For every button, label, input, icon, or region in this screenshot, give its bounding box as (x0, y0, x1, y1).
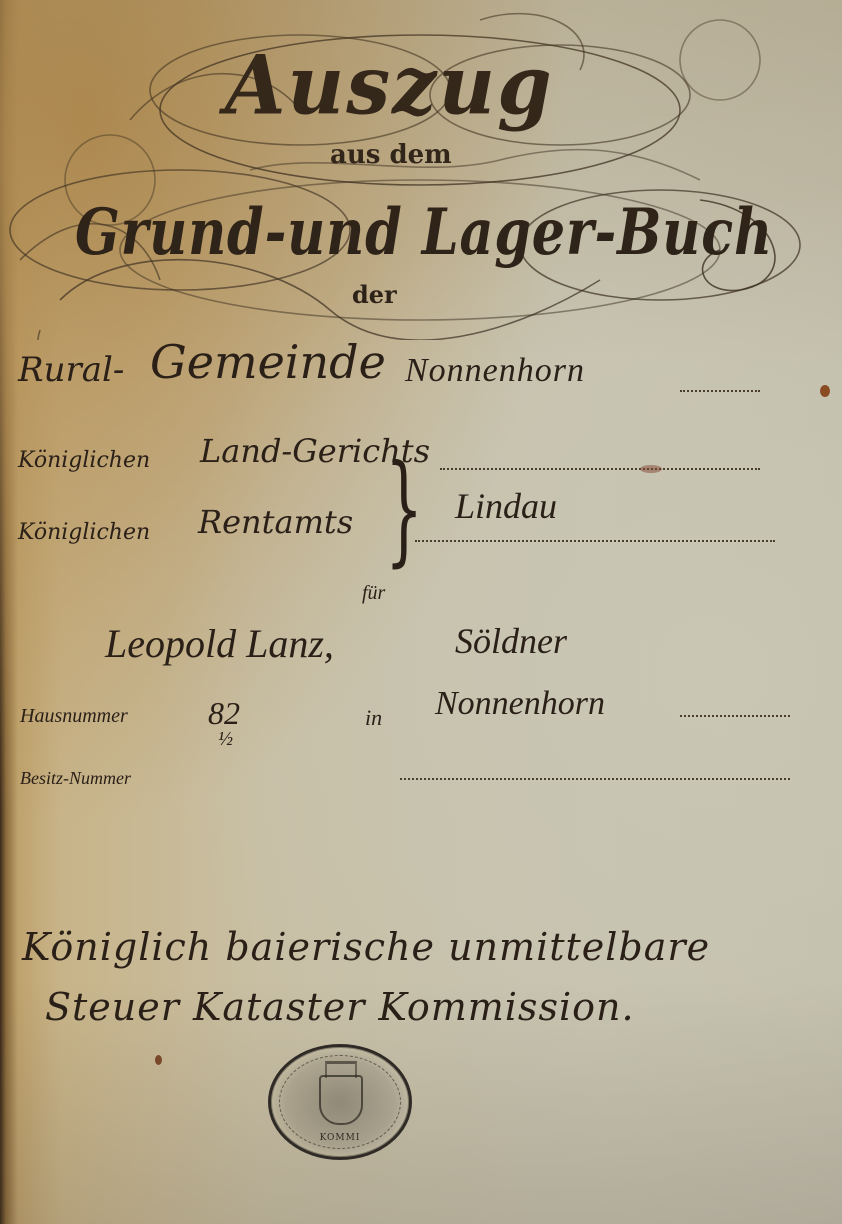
official-seal: KOMMI (268, 1044, 412, 1160)
house-number-label: Hausnummer (20, 705, 128, 728)
house-number-suffix: ½ (218, 728, 233, 751)
rent-office-label-prefix: Königlichen (18, 520, 150, 545)
document-title: Auszug (225, 38, 554, 134)
document-subtitle: aus dem (330, 140, 452, 170)
ink-stain (820, 385, 830, 397)
municipality-label-prefix: Rural- (18, 350, 124, 390)
for-label: für (362, 582, 385, 605)
municipality-dotted-line (680, 390, 760, 392)
commission-line-2: Steuer Kataster Kommission. (45, 985, 635, 1029)
municipality-value: Nonnenhorn (405, 352, 585, 390)
municipality-label: Gemeinde (150, 335, 386, 389)
property-number-label: Besitz-Nummer (20, 768, 131, 789)
owner-name: Leopold Lanz, (105, 620, 334, 667)
property-number-dotted-line (400, 778, 790, 780)
ink-stain (155, 1055, 162, 1065)
rent-office-label: Rentamts (198, 503, 353, 541)
brace-symbol: } (385, 440, 423, 579)
court-dotted-line (440, 468, 760, 470)
owner-occupation: Söldner (455, 620, 567, 662)
house-number-value: 82 (208, 695, 240, 732)
court-office-value: Lindau (455, 485, 557, 527)
document-page: Auszug aus dem Grund-und Lager-Buch der … (0, 0, 842, 1224)
seal-text: KOMMI (271, 1133, 409, 1143)
location-prefix: in (365, 705, 382, 731)
title-connector: der (352, 280, 397, 309)
location-value: Nonnenhorn (435, 685, 605, 723)
coat-of-arms-icon (319, 1075, 363, 1125)
rent-office-dotted-line (415, 540, 775, 542)
ink-stain (640, 465, 662, 473)
commission-line-1: Königlich baierische unmittelbare (22, 925, 710, 969)
book-title: Grund-und Lager-Buch (75, 195, 773, 270)
location-dotted-line (680, 715, 790, 717)
court-label-prefix: Königlichen (18, 448, 150, 473)
